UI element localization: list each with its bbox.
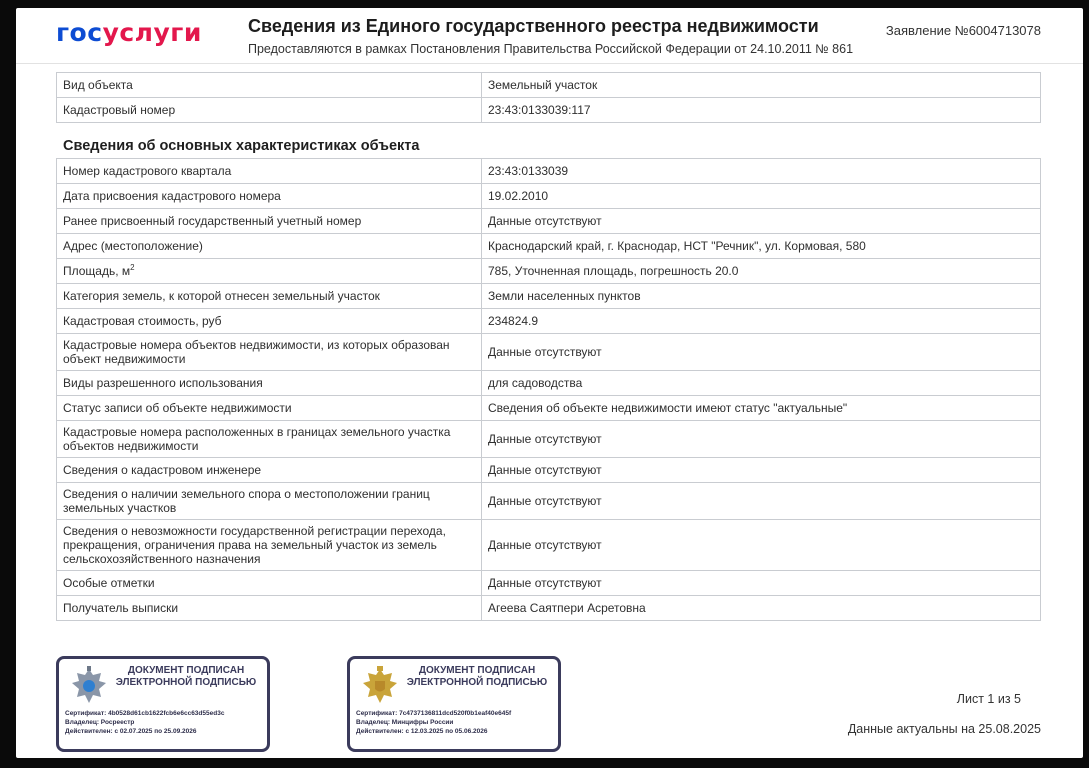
stamp-valid: Действителен: с 12.03.2025 по 05.06.2026: [356, 727, 511, 736]
row-label: Кадастровый номер: [57, 98, 482, 123]
table-row: Статус записи об объекте недвижимостиСве…: [57, 396, 1041, 421]
row-label-text: Номер кадастрового квартала: [63, 164, 231, 178]
row-label: Номер кадастрового квартала: [57, 159, 482, 184]
row-value: 23:43:0133039: [482, 159, 1041, 184]
row-label: Сведения о невозможности государственной…: [57, 520, 482, 571]
sheet-number: Лист 1 из 5: [957, 692, 1021, 706]
row-label-text: Сведения о наличии земельного спора о ме…: [63, 487, 430, 515]
table-row: Кадастровая стоимость, руб234824.9: [57, 309, 1041, 334]
row-value: 19.02.2010: [482, 184, 1041, 209]
row-label-superscript: 2: [130, 263, 134, 272]
table-row: Категория земель, к которой отнесен земе…: [57, 284, 1041, 309]
row-label-text: Кадастровая стоимость, руб: [63, 314, 222, 328]
row-label-text: Ранее присвоенный государственный учетны…: [63, 214, 361, 228]
row-label-text: Вид объекта: [63, 78, 133, 92]
row-value: для садоводства: [482, 371, 1041, 396]
row-label: Статус записи об объекте недвижимости: [57, 396, 482, 421]
row-label: Ранее присвоенный государственный учетны…: [57, 209, 482, 234]
row-label-text: Категория земель, к которой отнесен земе…: [63, 289, 380, 303]
logo-part-uslugi: услуги: [103, 18, 202, 47]
row-value: Данные отсутствуют: [482, 209, 1041, 234]
row-label: Сведения о кадастровом инженере: [57, 458, 482, 483]
row-label-text: Сведения о кадастровом инженере: [63, 463, 261, 477]
rosreestr-eagle-icon: [69, 665, 109, 707]
table-row: Кадастровые номера расположенных в грани…: [57, 421, 1041, 458]
row-value: Данные отсутствуют: [482, 334, 1041, 371]
row-value: Данные отсутствуют: [482, 571, 1041, 596]
table-row: Получатель выпискиАгеева Саятпери Асрето…: [57, 596, 1041, 621]
row-label-text: Сведения о невозможности государственной…: [63, 524, 446, 566]
row-value: Земельный участок: [482, 73, 1041, 98]
gosuslugi-logo: госуслуги: [56, 18, 202, 47]
table-row: Ранее присвоенный государственный учетны…: [57, 209, 1041, 234]
row-label: Адрес (местоположение): [57, 234, 482, 259]
table-row: Виды разрешенного использованиядля садов…: [57, 371, 1041, 396]
row-value: 23:43:0133039:117: [482, 98, 1041, 123]
data-actual-date: Данные актуальны на 25.08.2025: [848, 722, 1041, 736]
row-value: Данные отсутствуют: [482, 458, 1041, 483]
section-title: Сведения об основных характеристиках объ…: [63, 138, 419, 154]
row-value: Данные отсутствуют: [482, 520, 1041, 571]
row-value: Агеева Саятпери Асретовна: [482, 596, 1041, 621]
russian-coat-of-arms-icon: [360, 665, 400, 707]
table-row: Адрес (местоположение)Краснодарский край…: [57, 234, 1041, 259]
stamp-title: ДОКУМЕНТ ПОДПИСАН ЭЛЕКТРОННОЙ ПОДПИСЬЮ: [402, 665, 552, 689]
row-label: Получатель выписки: [57, 596, 482, 621]
row-label-text: Особые отметки: [63, 576, 155, 590]
row-value: 785, Уточненная площадь, погрешность 20.…: [482, 259, 1041, 284]
table-row: Площадь, м2785, Уточненная площадь, погр…: [57, 259, 1041, 284]
table-row: Сведения о кадастровом инженереДанные от…: [57, 458, 1041, 483]
table-row: Дата присвоения кадастрового номера19.02…: [57, 184, 1041, 209]
document-title: Сведения из Единого государственного рее…: [248, 16, 819, 37]
application-number: Заявление №6004713078: [886, 23, 1041, 38]
e-signature-stamp-rosreestr: ДОКУМЕНТ ПОДПИСАН ЭЛЕКТРОННОЙ ПОДПИСЬЮ С…: [56, 656, 270, 752]
row-value: Данные отсутствуют: [482, 483, 1041, 520]
row-label: Виды разрешенного использования: [57, 371, 482, 396]
row-label: Дата присвоения кадастрового номера: [57, 184, 482, 209]
row-label-text: Статус записи об объекте недвижимости: [63, 401, 292, 415]
stamp-details: Сертификат: 7c4737136811dcd520f0b1eaf40e…: [356, 709, 511, 736]
logo-part-gos: гос: [56, 18, 103, 47]
characteristics-table: Номер кадастрового квартала23:43:0133039…: [56, 158, 1041, 621]
document-subtitle: Предоставляются в рамках Постановления П…: [248, 42, 853, 56]
table-row: Сведения о наличии земельного спора о ме…: [57, 483, 1041, 520]
document-header: госуслуги Сведения из Единого государств…: [16, 8, 1083, 64]
row-label: Площадь, м2: [57, 259, 482, 284]
stamp-certificate: Сертификат: 4b0528d61cb1622fcb6e6cc63d55…: [65, 709, 224, 718]
row-label: Кадастровая стоимость, руб: [57, 309, 482, 334]
table-row: Вид объектаЗемельный участок: [57, 73, 1041, 98]
table-row: Сведения о невозможности государственной…: [57, 520, 1041, 571]
stamp-valid: Действителен: с 02.07.2025 по 25.09.2026: [65, 727, 224, 736]
stamp-owner: Владелец: Минцифры России: [356, 718, 511, 727]
row-label-text: Кадастровый номер: [63, 103, 175, 117]
row-label: Категория земель, к которой отнесен земе…: [57, 284, 482, 309]
stamp-details: Сертификат: 4b0528d61cb1622fcb6e6cc63d55…: [65, 709, 224, 736]
row-label-text: Кадастровые номера объектов недвижимости…: [63, 338, 450, 366]
table-row: Особые отметкиДанные отсутствуют: [57, 571, 1041, 596]
row-label: Особые отметки: [57, 571, 482, 596]
stamp-owner: Владелец: Росреестр: [65, 718, 224, 727]
row-label-text: Получатель выписки: [63, 601, 178, 615]
row-label: Кадастровые номера объектов недвижимости…: [57, 334, 482, 371]
stamp-title: ДОКУМЕНТ ПОДПИСАН ЭЛЕКТРОННОЙ ПОДПИСЬЮ: [111, 665, 261, 689]
row-label-text: Кадастровые номера расположенных в грани…: [63, 425, 450, 453]
e-signature-stamp-mintsifry: ДОКУМЕНТ ПОДПИСАН ЭЛЕКТРОННОЙ ПОДПИСЬЮ С…: [347, 656, 561, 752]
row-value: Сведения об объекте недвижимости имеют с…: [482, 396, 1041, 421]
row-label-text: Виды разрешенного использования: [63, 376, 263, 390]
row-label-text: Дата присвоения кадастрового номера: [63, 189, 281, 203]
stamp-certificate: Сертификат: 7c4737136811dcd520f0b1eaf40e…: [356, 709, 511, 718]
row-label: Вид объекта: [57, 73, 482, 98]
row-label-text: Площадь, м: [63, 264, 130, 278]
object-table: Вид объектаЗемельный участокКадастровый …: [56, 72, 1041, 123]
row-value: 234824.9: [482, 309, 1041, 334]
document-page: госуслуги Сведения из Единого государств…: [16, 8, 1083, 758]
row-label: Сведения о наличии земельного спора о ме…: [57, 483, 482, 520]
row-value: Земли населенных пунктов: [482, 284, 1041, 309]
row-label: Кадастровые номера расположенных в грани…: [57, 421, 482, 458]
table-row: Кадастровый номер23:43:0133039:117: [57, 98, 1041, 123]
row-value: Краснодарский край, г. Краснодар, НСТ "Р…: [482, 234, 1041, 259]
table-row: Кадастровые номера объектов недвижимости…: [57, 334, 1041, 371]
table-row: Номер кадастрового квартала23:43:0133039: [57, 159, 1041, 184]
row-label-text: Адрес (местоположение): [63, 239, 203, 253]
row-value: Данные отсутствуют: [482, 421, 1041, 458]
